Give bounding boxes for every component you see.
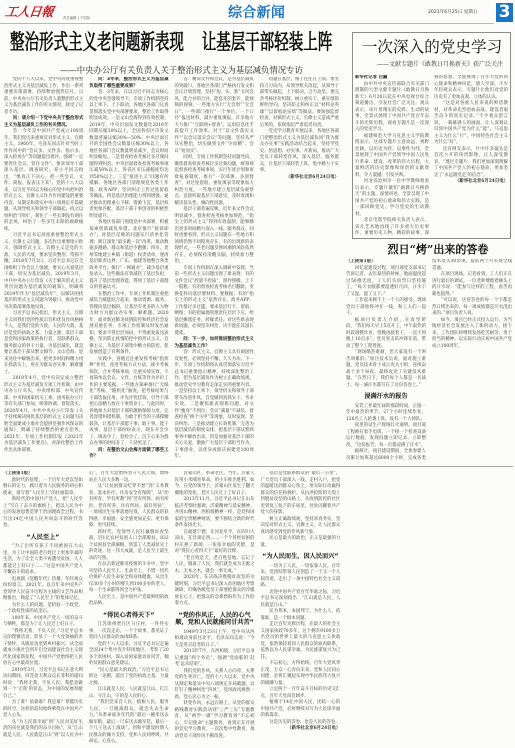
- paragraph: 党的十八大以来，习近平总书记走遍全国14个集中连片特困地区，考察了20多个贫困村…: [89, 642, 169, 668]
- paragraph: 立足两个一百年奋斗目标的历史交汇点，百年大党昂首阔步。: [260, 687, 340, 700]
- editor-credit: 责任编辑 | 于国扬: [63, 16, 90, 20]
- paragraph: 电视剧《觉醒年代》热播，年轻观众纷纷留言。2021年，以百年来中国共产党领导人民…: [3, 577, 83, 603]
- paragraph: 安装工作最忙碌的那段时间，正值一年中最热的季节，27个小时连续作业，126名工人…: [346, 404, 426, 424]
- sidebar-article-title: 烈日“烤”出来的答卷: [380, 243, 496, 256]
- paragraph: 在整治工作中，专项工作机制注重把减负与赋能结合起来，推动资源、服务、管理向基层倾…: [89, 292, 168, 357]
- interview-question: 问：下一步，如何推进整治形式主义为基层减负工作？: [175, 337, 254, 350]
- section-title: 综合新闻: [228, 5, 285, 21]
- paragraph: “这是对各族人民来说的鲜活教材，对革命先烈浴血奋战、建设者艰苦奋斗的真实记录。”…: [434, 101, 508, 147]
- paragraph: 工作起来顾不上一个人的感受。现场党员干部始终冲在一线，和工人们一起干。: [346, 298, 426, 318]
- section-heading: “人民至上”: [3, 534, 83, 542]
- paragraph: 各地区各部门围绕党中央部署，积极探索创新减负举措。北京推行“接诉即办”，对基层反…: [89, 220, 168, 292]
- paragraph: 基层干部普遍反映，近年来文件会议明显减少，督查检查考核更加规范，“指尖上的形式主…: [175, 207, 254, 266]
- paragraph: 实践中，各地还注重发挥考核“指挥棒”作用，改进考核方式方法，减少考核频次，合并考…: [89, 357, 168, 448]
- paragraph: 答：形式主义、官僚主义具有顽固性反复性，必须坚持不懈、久久为功。下一步，专项工作…: [175, 350, 254, 461]
- paragraph: 从“让贫困群众吃穿不愁”到“义务教育、基本医疗、住房安全有保障”，从“幼有所育、…: [89, 484, 169, 530]
- paragraph: “可以说，这份答卷的每一个字都是烈日烤出来的，每一项成绩都是汗水浇出来的。”项目…: [432, 298, 512, 318]
- lead-article-body: 党的十八大以来，党中央高度重视整治形式主义为基层减负工作，作出一系列重要决策部署…: [4, 77, 339, 464]
- interview-question: 问：3年来，整治形式主义为基层减负取得了哪些重要成果？: [89, 77, 168, 90]
- section-heading: “为人民而生，因人民而兴”: [260, 553, 340, 561]
- paragraph: 基层是党联系群众的“最后一公里”。广大党员干部深入一线、走村入户，把党的温暖送到…: [260, 471, 340, 517]
- paragraph: “现场酷热难耐，但大家没有一个叫苦叫累的。”项目技术员说，面对施工难题，党员技术…: [346, 350, 426, 389]
- paragraph: 江山就是人民，人民就是江山。打江山、守江山，守的是人民的心。: [89, 687, 169, 700]
- paragraph: 夜里的试生产现场灯火通明。项目部工程师打着手电筒，一个接一个检查设备运行数据，发…: [346, 423, 426, 449]
- newspaper-page: 工人日報 责任编辑 | 于国扬 综合新闻 2021年6月25日 星期五 3 整治…: [0, 0, 515, 748]
- paragraph: 为什么人的问题，是检验一个政党、一个政权性质的试金石。: [3, 603, 83, 616]
- paragraph: 为了谁？依靠谁？我是谁？穿越历史的时空，这样的追问始终萦绕在中国共产党人心头。: [3, 700, 83, 720]
- paragraph: 答：3年来，在以习近平同志为核心的党中央坚强领导下，专项工作机制坚持以上率下、上…: [89, 90, 168, 220]
- paragraph: 习近平总书记指出，形式主义、官僚主义同我们党的性质宗旨和优良作风格格不入，是我们…: [4, 311, 83, 376]
- paragraph: 迈进中国共产党百年华诞之际，习近平总书记深刻指出：“江山就是人民，人民就是江山。…: [260, 590, 340, 610]
- paragraph: 2019年4月，党中央决定成立整治形式主义为基层减负专项工作机制，由中央办公厅牵…: [4, 376, 83, 454]
- paragraph: 不忘初心，方得始终。百年大党风华正茂，万众一心奔向未来。党和人民同心同德，必将汇…: [260, 661, 340, 687]
- paragraph: 问题在基层，根子往往在上面。要坚持刀刃向内，从领导机关改起，从领导干部带头做起，…: [260, 77, 339, 129]
- paragraph: 由中共中央宣传部联合有关部门摄制的大型文献专题片《敢教日月换新天》6月20日起在…: [355, 82, 429, 134]
- paragraph: 河北省沧州市一位中学教师观看后表示，专题片紧扣“敢教日月换新天”的主题，深情讲述…: [355, 179, 429, 218]
- paragraph: 树立正确政绩观，坚持求真务实，坚决反对形式主义、官僚主义，让人民群众真切感受到党…: [260, 517, 340, 537]
- paragraph: 一切为了人民，一切依靠人民。百年来，党团结带领人民创造了一个又一个人间奇迹，走出…: [260, 564, 340, 590]
- masthead-divider: [0, 23, 494, 24]
- paragraph: 党的十八大以来，党中央高度重视整治形式主义为基层减负工作，作出一系列重要决策部署…: [4, 77, 83, 116]
- paragraph: 1949年3月23日上午，党中央从西柏坡动身前往北平，毛泽东同志说：“今天是进京…: [175, 630, 255, 650]
- paragraph: “我们党来自人民、植根人民、服务人民，一旦脱离群众，就会失去生命力。”从革命战争…: [89, 700, 169, 746]
- paragraph: 2020年，在决战决胜脱贫攻坚的关键时刻，习近平总书记深入贫困地区考察调研，叮嘱…: [175, 575, 255, 608]
- page-number-badge: 3: [496, 3, 513, 22]
- paragraph: 在项目现场，记者看到，工人们正在进行最后的调试。一位老师傅擦着额头上的汗水说：“…: [432, 272, 512, 298]
- paragraph: 江苏徐州贾汪区马庄村，一件件实事，一次次走访，一个个故事，都见证了党同人民群众的…: [89, 622, 169, 642]
- feature-box-title: 一次深入的党史学习: [352, 38, 512, 57]
- dateline: （新华社北京6月24日电）: [434, 179, 508, 186]
- section-divider: [0, 466, 513, 467]
- sidebar-article-body: （上接第1版）回忆起建设过程，项目部党支部书记告诉记者，去年最热的时候，地面温度…: [346, 259, 512, 463]
- lead-subhead: ——中央办公厅有关负责人关于整治形式主义为基层减负情况专访: [60, 65, 303, 75]
- paragraph: 还有网友表示，片中许多镜头是首次公开的珍贵影像，让人深受教育，“透过专题片，我们…: [434, 147, 508, 180]
- paragraph: 回忆起建设过程，项目部党支部书记告诉记者，去年最热的时候，地面温度超过50摄氏度…: [346, 266, 426, 299]
- paragraph: 植根于14亿中国人民，团结一心的中国共产党，必将继续书写为人民谋幸福的新篇章。: [260, 700, 340, 720]
- paragraph: 走过百年光辉历程，在最大的社会主义国家执政70多年，这个拥有9100多万名党员的…: [260, 622, 340, 661]
- section-heading: 浸满汗水的报告: [346, 393, 426, 401]
- paragraph: 转变作风，永远在路上。从党的群众路线教育实践活动到“三严三实”专题教育，从“两学…: [175, 701, 255, 740]
- interview-question: 问：请介绍一下党中央关于整治形式主义为基层减负工作的有关情况。: [4, 116, 83, 129]
- lead-headline-part1: 整治形式主义老问题新表现: [10, 30, 184, 54]
- paragraph: 福建师范大学马克思主义学院教授表示，这部专题片立意高远、视野宏阔，以历史为经、以…: [355, 134, 429, 180]
- interview-question: 问：在整治文山会海方面做了哪些工作？: [89, 448, 168, 461]
- paragraph: “为了让所有孩子不再被困在大山里，为了让中国的老百姓过上更加幸福的生活，为了让全…: [3, 544, 83, 577]
- paragraph: 新时代，党领导人民打赢脱贫攻坚战，近1亿农村贫困人口全部脱贫，832个贫困县全部…: [89, 530, 169, 563]
- continued-article-body: （上接第1版）新时代的征程，一个百年大党以坚如磐石的定力，践行着为人民服务的初心…: [3, 471, 512, 748]
- paragraph: 同时，专项工作机制坚持问题导向，聚焦督查检查考核过多过频问题，统筹规范督查检查考…: [175, 155, 254, 207]
- paragraph: 如今，项目已经正式投入运行，为当地经济社会发展注入了新的动力。接下来，工作团队将…: [432, 318, 512, 351]
- paragraph: 民为邦本，本固邦宁。为什么人、依靠谁，是一个根本问题。: [260, 609, 340, 622]
- feature-box-body: 新华社记者 白瀛由中共中央宣传部联合有关部门摄制的大型文献专题片《敢教日月换新天…: [355, 75, 508, 238]
- dateline: （新华社北京6月24日电）: [260, 175, 339, 182]
- paragraph: “我将无我，不负人民。”习近平总书记的铿锵话语，彰显了一个大党领袖的赤子情怀。从…: [3, 629, 83, 668]
- paragraph: 我们党的作风，关系人心向背，关系党的生死存亡。党的十八大以来，党中央从制定和落实…: [175, 669, 255, 702]
- feature-box-subtitle: ——文献专题片《敢教日月换新天》获广泛关注: [352, 61, 503, 68]
- paragraph: “民心是最大的政治。”习近平总书记的这一论断，道出了党的执政之基、力量之源。: [89, 668, 169, 688]
- issue-date: 2021年6月25日 星期五: [428, 10, 477, 16]
- paragraph: 民心是最大的政治，正义是最强的力量。: [260, 536, 340, 549]
- lead-headline-part2: 让基层干部轻装上阵: [202, 30, 332, 54]
- paragraph: 沂蒙山区，革命老区。当年，沂蒙人民用小米哺育革命，用小车推出胜利。如今，在党的领…: [175, 471, 255, 497]
- paragraph: 答：今年是中国共产党成立100周年。我们党历来重视反对形式主义、官僚主义。196…: [4, 129, 83, 233]
- paragraph: 新时代的中国共产党人，把“人民至上”写在了奋斗的旗帜上，把以人民为中心的发展思想…: [3, 497, 83, 530]
- paragraph: 2013年7月，在西柏坡，习近平总书记重温“两个务必”，强调“党面临的‘赶考’远…: [175, 649, 255, 669]
- paragraph: 新时代的征程，一个百年大党以坚如磐石的定力，践行着为人民服务的初心和使命，谱写着…: [3, 478, 83, 498]
- section-heading: “得民心者得天下”: [89, 612, 169, 620]
- paragraph: 习近平总书记高度重视整治形式主义、官僚主义问题，多次作出重要指示批示，强调形式主…: [4, 233, 83, 311]
- dateline: （新华社北京6月24日电）: [260, 726, 340, 733]
- paragraph: 2019年3月，习近平总书记在意大利访问期间，回答意大利众议长菲科的提问时说：“…: [3, 668, 83, 701]
- paragraph: “老百姓是天，老百姓是地。忘记了人民，脱离了人民，我们就会成为无源之水、无本之木…: [175, 556, 255, 576]
- newspaper-logo: 工人日報: [4, 4, 54, 20]
- lead-headline: 整治形式主义老问题新表现让基层干部轻装上阵: [10, 31, 332, 53]
- section-heading: “党的作风正，人民的心气顺，党和人民就能同甘共苦”: [175, 612, 255, 627]
- paragraph: 100年来，中国共产党人一切的奋斗与牺牲，都是为了让人民过上好日子。: [3, 616, 83, 629]
- paragraph: 人民至上，是中国共产党最鲜明的政治品格。: [89, 595, 169, 608]
- paragraph: 在福建宁德，在河北阜平，在四川大凉山，在甘肃定西……一个个曾经贫困的村庄换了新颜…: [175, 530, 255, 556]
- paragraph: 答：精简文件和会议，是为基层减负的突破口。各地区各部门严格执行发文和会议计划管理…: [175, 77, 254, 155]
- paragraph: 在抗击新冠肺炎疫情的斗争中，党中央坚持人民至上、生命至上，不惜一切代价保护人民生…: [89, 562, 169, 595]
- paragraph: 据项目负责人介绍，在攻坚阶段，“我们每天早上5点开工，中午最热的时段调整作业，傍…: [346, 318, 426, 351]
- paragraph: 党史学习教育开展以来，各地区各部门把整治形式主义为基层减负同“我为群众办实事”实…: [260, 129, 339, 175]
- paragraph: 专项工作机制在深入调研中发现，当前一些形式主义问题出现了新表现：有的文件会议“控…: [175, 266, 254, 338]
- paragraph: 2013年11月，习近平总书记在山东临沂考察时强调，沂蒙精神与延安精神、井冈山精…: [175, 497, 255, 530]
